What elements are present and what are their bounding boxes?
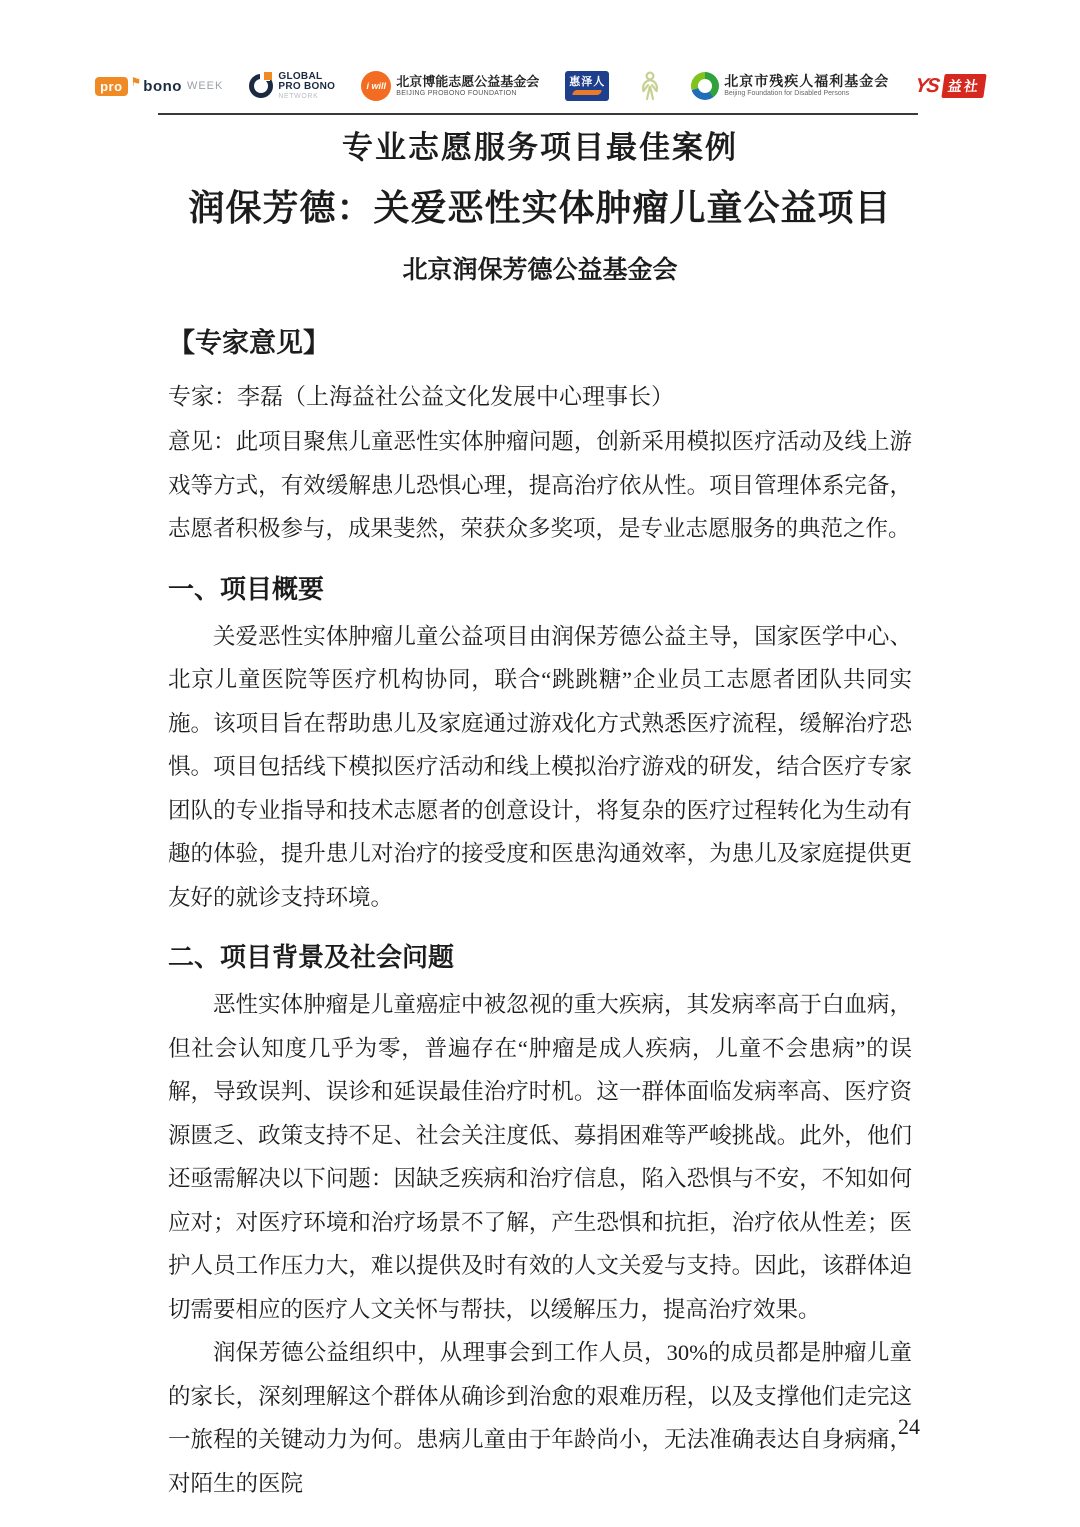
expert-opinion-heading: 【专家意见】 — [168, 325, 912, 361]
beijing-probono-foundation-cn-label: 北京博能志愿公益基金会 — [396, 74, 539, 90]
pro-bono-label: PRO BONO — [278, 82, 335, 92]
section-2-paragraph-1: 恶性实体肿瘤是儿童癌症中被忽视的重大疾病，其发病率高于白血病，但社会认知度几乎为… — [168, 983, 912, 1331]
expert-opinion-paragraph: 意见：此项目聚焦儿童恶性实体肿瘤问题，创新采用模拟医疗活动及线上游戏等方式，有效… — [168, 420, 912, 551]
huizeren-label: 惠泽人 — [569, 77, 605, 88]
flag-icon: ⚑ — [131, 75, 142, 89]
huizeren-logo: 惠泽人 — [565, 71, 609, 101]
section-1-paragraph: 关爱恶性实体肿瘤儿童公益项目由润保芳德公益主导，国家医学中心、北京儿童医院等医疗… — [168, 615, 912, 920]
page-number: 24 — [898, 1414, 920, 1440]
huizeren-badge-icon: 惠泽人 — [565, 71, 609, 101]
disabled-persons-foundation-logo: 北京市残疾人福利基金会 Beijing Foundation for Disab… — [691, 72, 889, 100]
disabled-persons-foundation-en-label: Beijing Foundation for Disabled Persons — [724, 90, 889, 98]
beijing-probono-foundation-logo: i will 北京博能志愿公益基金会 BEIJING PROBONO FOUND… — [361, 71, 539, 101]
document-title: 专业志愿服务项目最佳案例 — [168, 126, 912, 170]
pro-bono-week-pro-label: pro — [95, 77, 127, 96]
beijing-probono-foundation-en-label: BEIJING PROBONO FOUNDATION — [396, 90, 539, 98]
disabled-persons-foundation-swirl-icon — [691, 72, 719, 100]
global-pro-bono-logo: GLOBAL PRO BONO NETWORK — [249, 72, 335, 100]
header-divider — [158, 113, 918, 115]
global-pro-bono-ring-icon — [249, 74, 273, 98]
network-label: NETWORK — [278, 93, 335, 100]
disabled-persons-foundation-cn-label: 北京市残疾人福利基金会 — [724, 73, 889, 90]
person-icon — [635, 70, 665, 102]
header-logo-strip: pro ⚑ bono WEEK GLOBAL PRO BONO NETWORK … — [0, 70, 1080, 102]
yishe-ys-label: YS — [914, 75, 940, 98]
document-body: 专业志愿服务项目最佳案例 润保芳德：关爱恶性实体肿瘤儿童公益项目 北京润保芳德公… — [168, 126, 912, 1505]
pro-bono-week-bono-label: bono — [143, 78, 182, 95]
yishe-cn-label: 益社 — [941, 74, 986, 98]
project-title: 润保芳德：关爱恶性实体肿瘤儿童公益项目 — [168, 184, 912, 232]
expert-name-line: 专家：李磊（上海益社公益文化发展中心理事长） — [168, 381, 912, 413]
yishe-logo: YS 益社 — [915, 74, 985, 98]
section-1-heading: 一、项目概要 — [168, 571, 912, 607]
section-2-heading: 二、项目背景及社会问题 — [168, 939, 912, 975]
pro-bono-week-week-label: WEEK — [187, 80, 223, 92]
section-2-paragraph-2: 润保芳德公益组织中，从理事会到工作人员，30%的成员都是肿瘤儿童的家长，深刻理解… — [168, 1331, 912, 1505]
pro-bono-week-logo: pro ⚑ bono WEEK — [95, 75, 223, 97]
organization-name: 北京润保芳德公益基金会 — [168, 253, 912, 287]
iwill-badge-icon: i will — [361, 71, 391, 101]
